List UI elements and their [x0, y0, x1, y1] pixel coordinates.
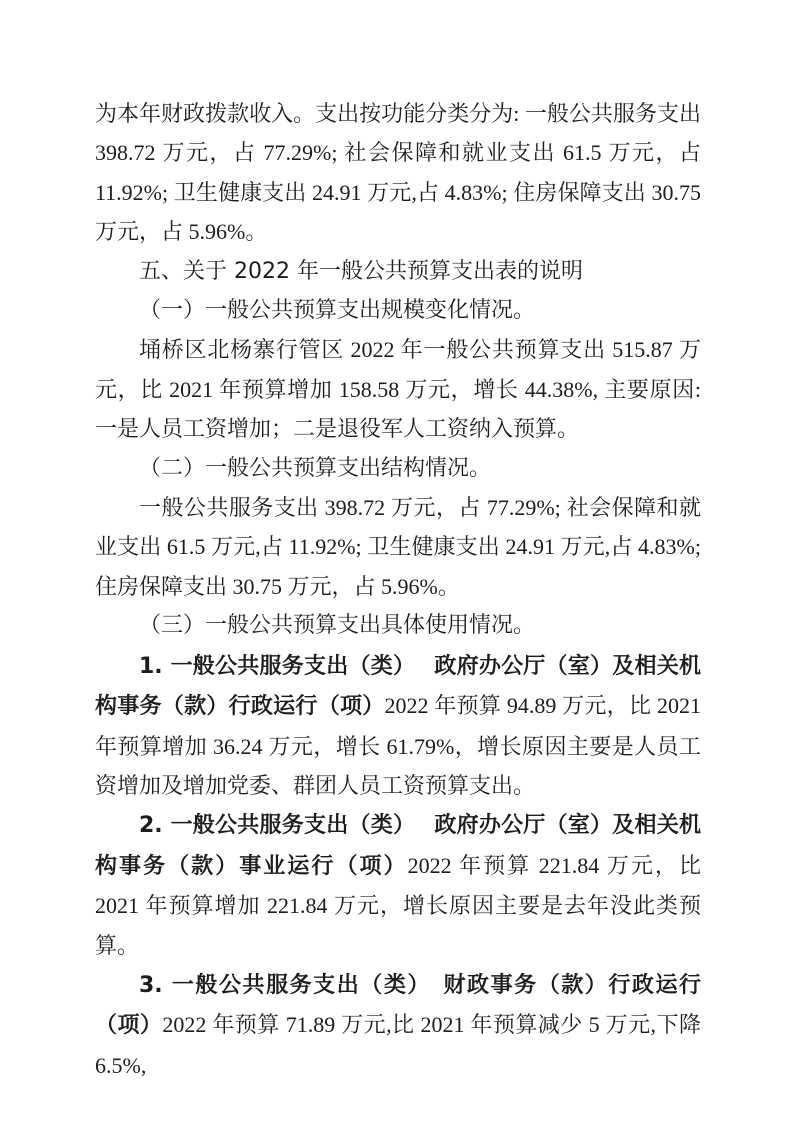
paragraph-expenditure-structure: 一般公共服务支出 398.72 万元，占 77.29%; 社会保障和就业支出 6… — [95, 488, 701, 606]
document-page: 为本年财政拨款收入。支出按功能分类分为: 一般公共服务支出 398.72 万元，… — [0, 0, 793, 1122]
subsection-two-heading: （二）一般公共预算支出结构情况。 — [95, 449, 701, 488]
budget-item-1: 1. 一般公共服务支出（类） 政府办公厅（室）及相关机构事务（款）行政运行（项）… — [95, 646, 701, 806]
subsection-three-heading: （三）一般公共预算支出具体使用情况。 — [95, 606, 701, 645]
section-five-heading: 五、关于 2022 年一般公共预算支出表的说明 — [95, 252, 701, 291]
budget-item-2: 2. 一般公共服务支出（类） 政府办公厅（室）及相关机构事务（款）事业运行（项）… — [95, 805, 701, 965]
budget-item-3: 3. 一般公共服务支出（类） 财政事务（款）行政运行（项）2022 年预算 71… — [95, 965, 701, 1085]
subsection-one-heading: （一）一般公共预算支出规模变化情况。 — [95, 291, 701, 330]
paragraph-expenditure-scale-change: 埇桥区北杨寨行管区 2022 年一般公共预算支出 515.87 万元，比 202… — [95, 330, 701, 448]
document-content: 为本年财政拨款收入。支出按功能分类分为: 一般公共服务支出 398.72 万元，… — [95, 94, 701, 1085]
paragraph-expenditure-functional-classification: 为本年财政拨款收入。支出按功能分类分为: 一般公共服务支出 398.72 万元，… — [95, 94, 701, 252]
budget-item-3-body: 2022 年预算 71.89 万元,比 2021 年预算减少 5 万元,下降 6… — [95, 1012, 701, 1077]
